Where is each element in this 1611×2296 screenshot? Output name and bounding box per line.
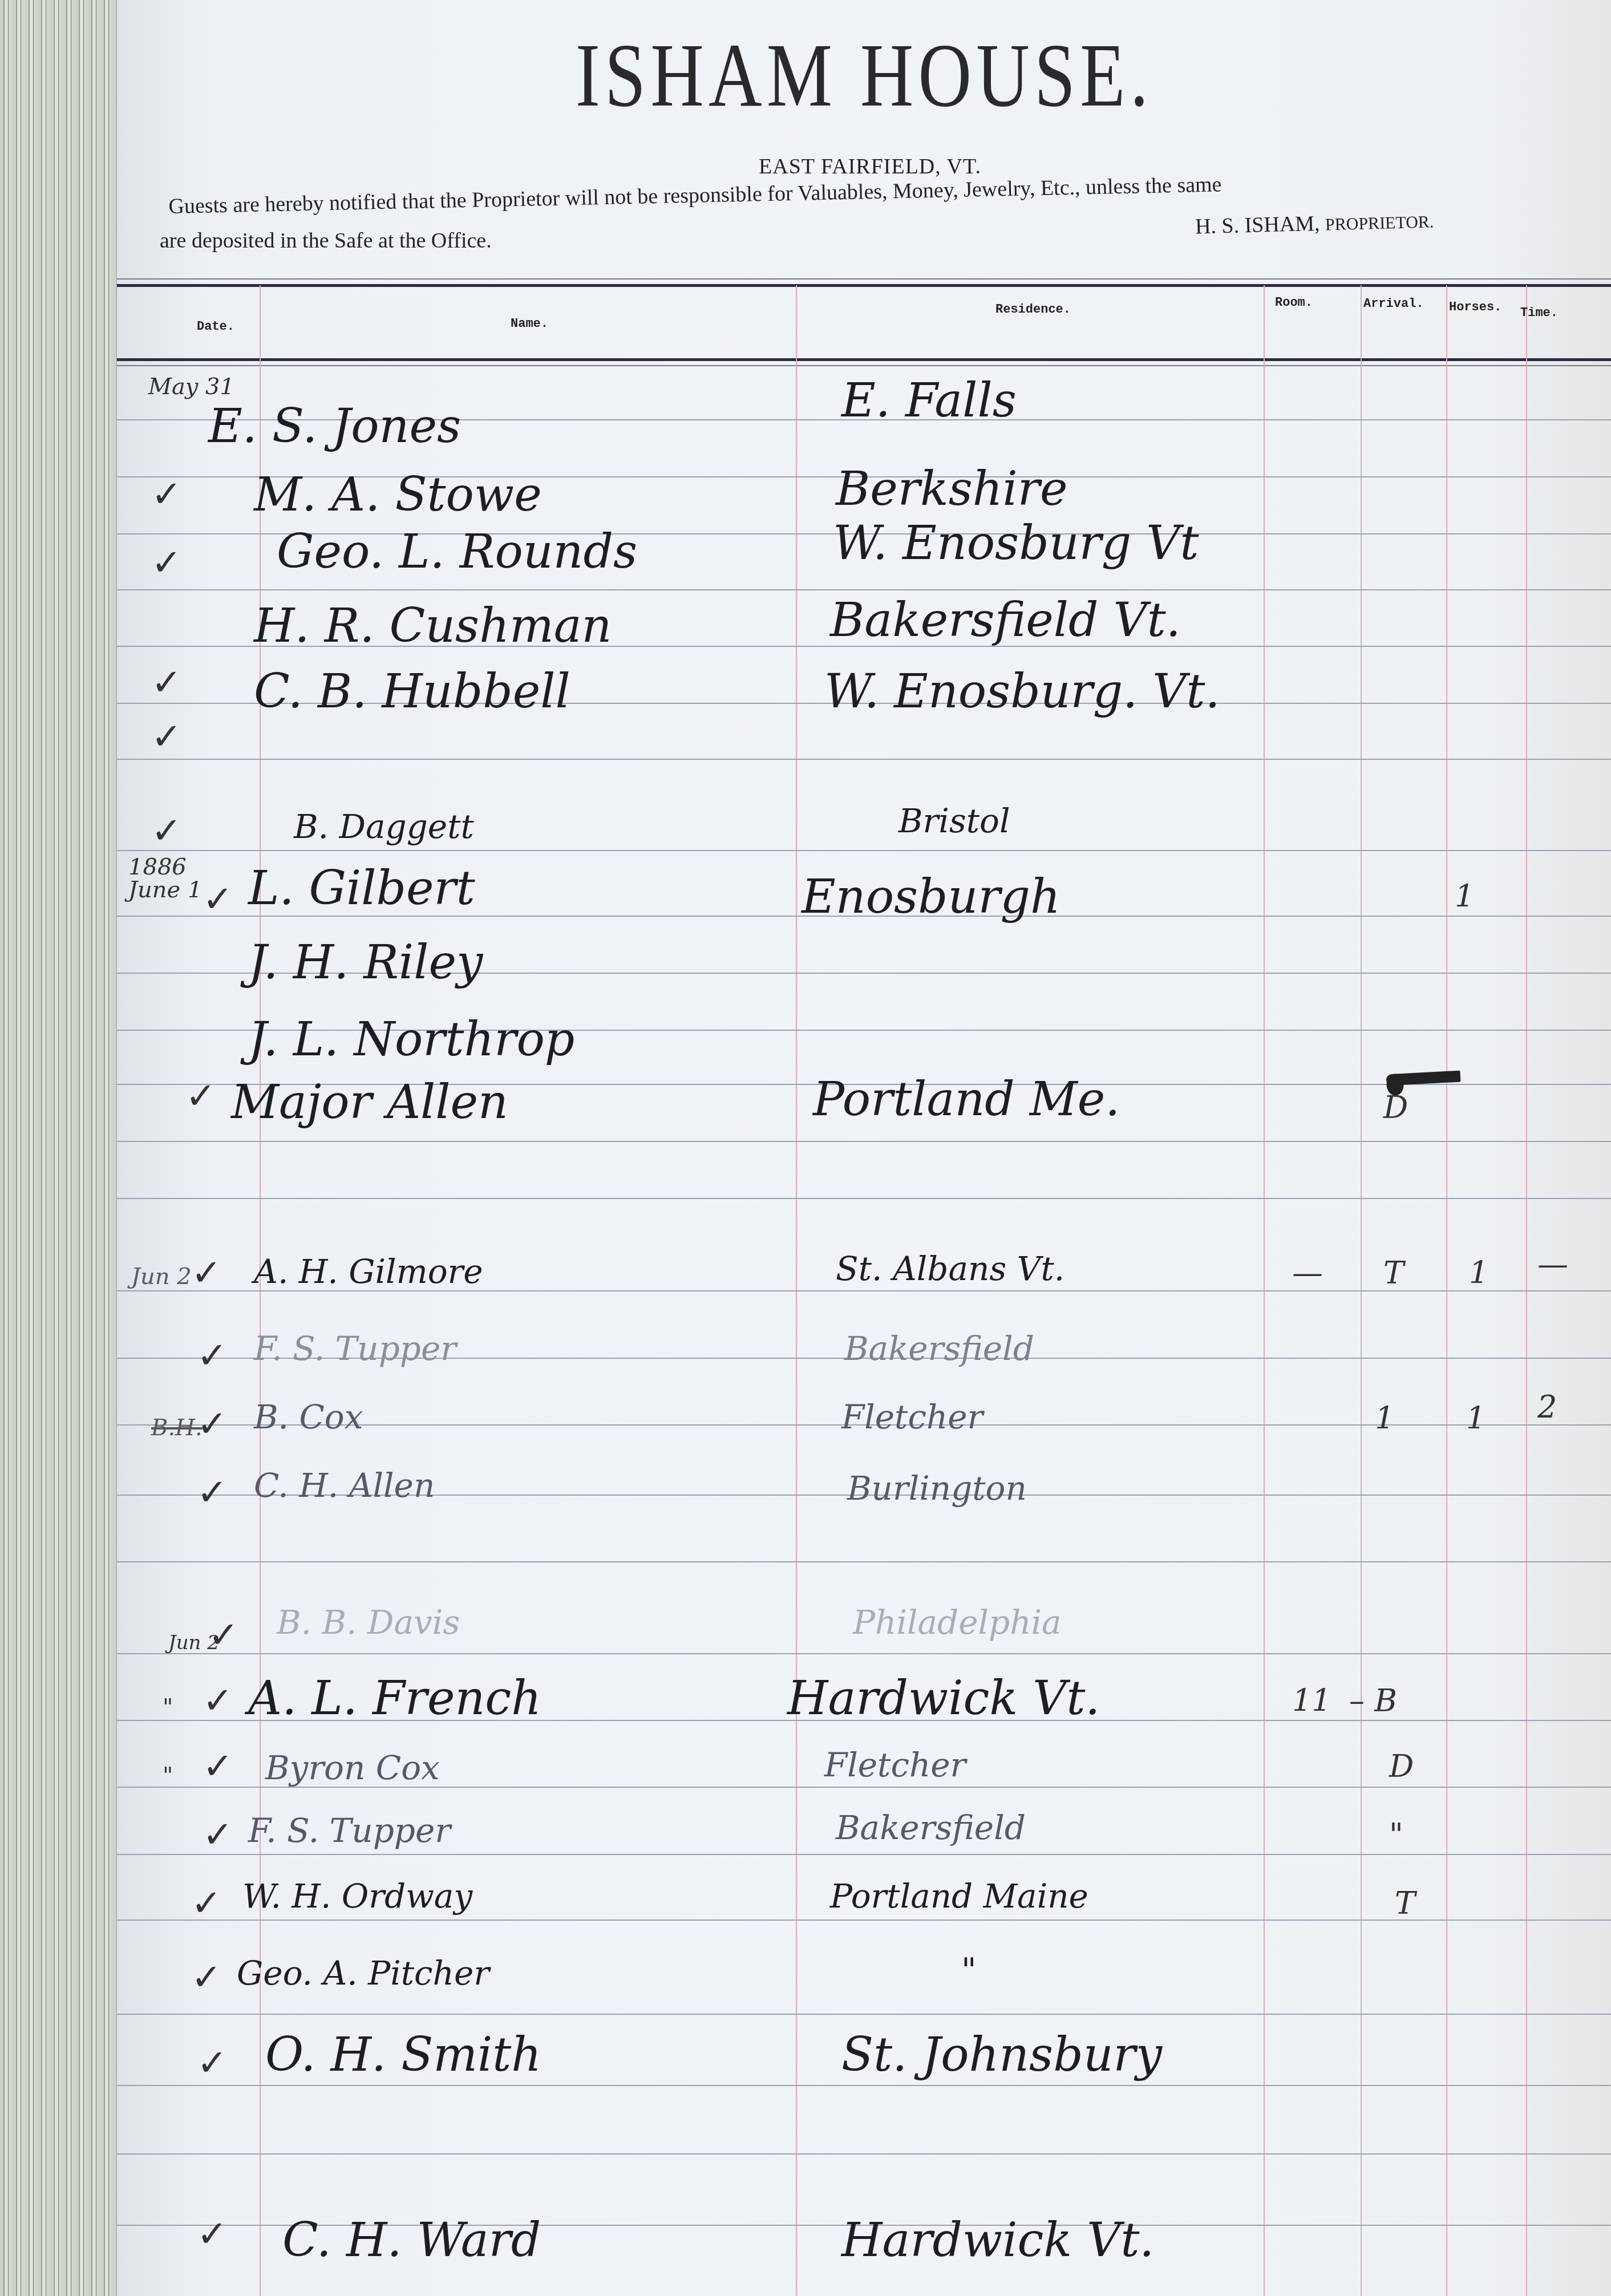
header-rule-bottom	[117, 358, 1611, 361]
ruled-line	[117, 589, 1611, 590]
ruled-line	[117, 1920, 1611, 1921]
checkmark-icon: ✓	[197, 1335, 228, 1377]
entry-name: B. Cox	[254, 1398, 363, 1436]
ruled-line	[117, 1561, 1611, 1562]
entry-arrival: "	[1389, 1817, 1403, 1853]
header-rule-top-thin	[117, 278, 1611, 280]
entry-date: "	[163, 1694, 173, 1720]
entry-residence: Hardwick Vt.	[841, 2213, 1154, 2267]
checkmark-icon: ✓	[151, 810, 182, 852]
column-header-name: Name.	[511, 317, 548, 331]
entry-residence: Bakersfield Vt.	[830, 593, 1181, 647]
ruled-line	[117, 1854, 1611, 1855]
entry-time: 2	[1537, 1389, 1557, 1425]
column-header-residence: Residence.	[995, 302, 1071, 317]
entry-arrival: – B	[1349, 1683, 1397, 1719]
header-rule-bottom-thin	[117, 365, 1611, 366]
entry-name: J. L. Northrop	[248, 1013, 574, 1067]
entry-name: F. S. Tupper	[254, 1329, 456, 1368]
entry-residence: Hardwick Vt.	[787, 1671, 1100, 1726]
entry-residence: Burlington	[847, 1469, 1027, 1508]
ruled-line	[117, 2014, 1611, 2015]
entry-residence: St. Albans Vt.	[836, 1249, 1064, 1288]
checkmark-icon: ✓	[203, 1680, 233, 1722]
entry-name: J. H. Riley	[248, 936, 483, 990]
entry-name: M. A. Stowe	[254, 468, 542, 522]
ruled-line	[117, 2153, 1611, 2155]
entry-name: Major Allen	[231, 1075, 508, 1129]
entry-residence: Berkshire	[836, 462, 1068, 516]
location-subtitle: EAST FAIRFIELD, VT.	[727, 154, 1013, 179]
entry-residence: Bakersfield	[844, 1329, 1034, 1368]
ruled-line	[117, 1198, 1611, 1199]
entry-name: A. H. Gilmore	[254, 1252, 483, 1291]
page-title: ISHAM HOUSE.	[551, 24, 1178, 128]
checkmark-icon: ✓	[197, 1472, 228, 1514]
entry-name: L. Gilbert	[248, 861, 475, 916]
entry-date-struck: B.H.	[151, 1415, 203, 1441]
checkmark-icon: ✓	[203, 1814, 233, 1856]
entry-residence: Portland Me.	[813, 1072, 1120, 1127]
ruled-line	[117, 1141, 1611, 1142]
entry-name: Byron Cox	[265, 1748, 440, 1787]
entry-horses: 1	[1466, 1400, 1485, 1436]
proprietor-signature: H. S. ISHAM, PROPRIETOR.	[1195, 208, 1434, 240]
entry-name: H. R. Cushman	[254, 599, 612, 653]
entry-residence: Fletcher	[824, 1746, 966, 1784]
entry-name: C. H. Ward	[282, 2213, 541, 2267]
checkmark-icon: ✓	[151, 542, 182, 584]
ruled-line	[117, 2085, 1611, 2086]
column-header-horses: Horses.	[1449, 300, 1501, 314]
checkmark-icon: ✓	[151, 662, 182, 704]
checkmark-icon: ✓	[185, 1075, 216, 1117]
entry-room: 11	[1292, 1683, 1331, 1719]
entry-arrival: D	[1383, 1090, 1408, 1125]
entry-residence: Bristol	[898, 801, 1010, 840]
entry-residence: Bakersfield	[836, 1808, 1026, 1847]
entry-residence: W. Enosburg Vt	[833, 516, 1199, 570]
entry-name: Geo. A. Pitcher	[237, 1954, 489, 1993]
entry-name: C. H. Allen	[254, 1466, 435, 1505]
entry-residence: E. Falls	[841, 374, 1017, 428]
entry-name: F. S. Tupper	[248, 1811, 451, 1850]
entry-arrival: D	[1389, 1748, 1414, 1784]
entry-name: W. H. Ordway	[242, 1877, 472, 1916]
checkmark-icon: ✓	[151, 473, 182, 516]
checkmark-icon: ✓	[197, 2213, 228, 2255]
column-header-time: Time.	[1520, 306, 1558, 320]
entry-name: B. Daggett	[294, 807, 474, 846]
checkmark-icon: ✓	[191, 1882, 222, 1925]
ruled-line	[117, 850, 1611, 851]
checkmark-icon: ✓	[197, 2042, 228, 2084]
column-header-date: Date.	[197, 319, 234, 334]
column-header-arrival: Arrival.	[1363, 297, 1424, 311]
entry-residence: W. Enosburg. Vt.	[824, 665, 1220, 719]
ruled-line	[117, 1653, 1611, 1654]
proprietor-name: H. S. ISHAM,	[1195, 212, 1326, 239]
checkmark-icon: ✓	[151, 716, 182, 758]
entry-name: A. L. French	[248, 1671, 541, 1726]
ruled-line	[117, 759, 1611, 760]
entry-residence: Enosburgh	[802, 870, 1060, 924]
checkmark-icon: ✓	[203, 878, 233, 921]
entry-name: E. S. Jones	[208, 399, 461, 453]
entry-name: O. H. Smith	[265, 2028, 541, 2082]
checkmark-icon: ✓	[191, 1252, 222, 1294]
entry-arrival: 1	[1375, 1400, 1394, 1436]
proprietor-title: PROPRIETOR.	[1325, 213, 1434, 234]
entry-arrival: T	[1383, 1255, 1404, 1291]
column-header-room: Room.	[1275, 295, 1313, 310]
entry-date: Jun 2	[131, 1264, 192, 1290]
entry-residence: "	[961, 1951, 977, 1990]
entry-name: B. B. Davis	[277, 1603, 460, 1642]
entry-residence: Portland Maine	[830, 1877, 1088, 1916]
checkmark-icon: ✓	[191, 1957, 222, 1999]
entry-residence: Fletcher	[841, 1398, 983, 1436]
entry-residence: St. Johnsbury	[841, 2028, 1162, 2082]
register-page: ISHAM HOUSE. EAST FAIRFIELD, VT. Guests …	[117, 0, 1611, 2296]
entry-room: —	[1292, 1255, 1323, 1291]
checkmark-icon: ✓	[197, 1403, 228, 1445]
header-rule-top	[117, 284, 1611, 287]
entry-horses: 1	[1455, 878, 1474, 914]
checkmark-icon: ✓	[208, 1614, 239, 1657]
checkmark-icon: ✓	[203, 1746, 233, 1788]
entry-date: "	[163, 1763, 173, 1789]
entry-name: C. B. Hubbell	[254, 665, 570, 719]
notice-line-2: are deposited in the Safe at the Office.	[160, 228, 492, 253]
entry-time: —	[1537, 1246, 1568, 1282]
entry-arrival: T	[1395, 1885, 1415, 1921]
entry-horses: 1	[1469, 1255, 1488, 1291]
entry-residence: Philadelphia	[853, 1603, 1062, 1642]
entry-date: May 31	[148, 374, 234, 400]
entry-date: 1886 June 1	[128, 856, 214, 901]
entry-name: Geo. L. Rounds	[277, 525, 637, 579]
